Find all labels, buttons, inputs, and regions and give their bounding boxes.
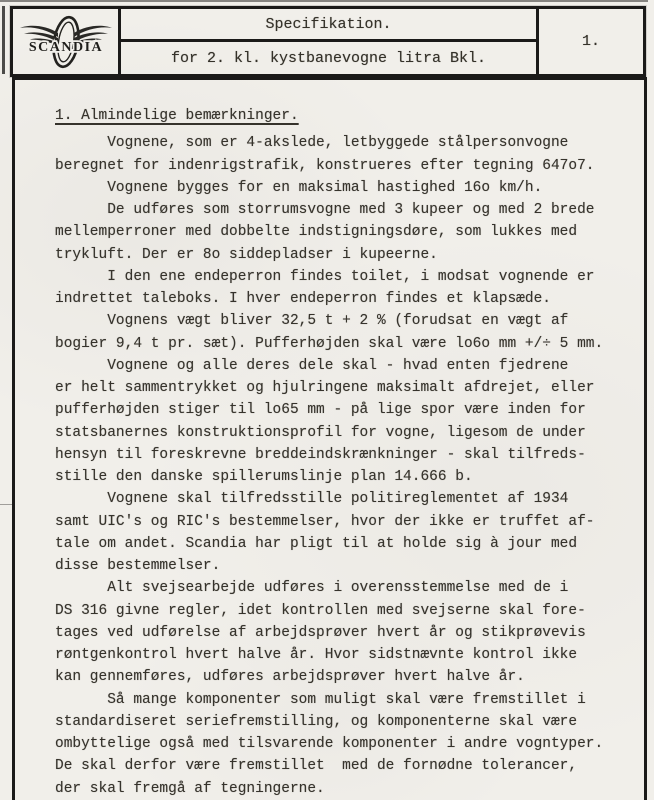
text-line: mellemperroner med dobbelte indstignings… <box>55 221 644 243</box>
spec-header-table: SCANDIA Specifikation. for 2. kl. kystba… <box>10 6 646 77</box>
text-line: Så mange komponenter som muligt skal vær… <box>55 689 644 711</box>
spec-title-row: Specifikation. <box>121 9 536 42</box>
scan-edge-artifact <box>2 6 5 74</box>
section-heading-line: 1. Almindelige bemærkninger. <box>55 105 644 127</box>
text-line: standardiseret seriefremstilling, og kom… <box>55 711 644 733</box>
text-line: Vognens vægt bliver 32,5 t + 2 % (foruds… <box>55 310 644 332</box>
text-line: DS 316 givne regler, idet kontrollen med… <box>55 600 644 622</box>
text-line: der skal fremgå af tegningerne. <box>55 778 644 800</box>
text-line: Vognene, som er 4-akslede, letbyggede st… <box>55 132 644 154</box>
text-line: tages ved udførelse af arbejdsprøver hve… <box>55 622 644 644</box>
text-line: statsbanernes konstruktionsprofil for vo… <box>55 422 644 444</box>
text-line: indrettet taleboks. I hver endeperron fi… <box>55 288 644 310</box>
text-line: bogier 9,4 t pr. sæt). Pufferhøjden skal… <box>55 333 644 355</box>
scandia-winged-wheel-icon: SCANDIA <box>16 11 116 73</box>
text-line: De udføres som storrumsvogne med 3 kupee… <box>55 199 644 221</box>
text-line: De skal derfor være fremstillet med de f… <box>55 755 644 777</box>
spec-subtitle-row: for 2. kl. kystbanevogne litra Bkl. <box>121 42 536 74</box>
scandia-logo-cell: SCANDIA <box>13 9 121 74</box>
text-line: Vognene bygges for en maksimal hastighed… <box>55 177 644 199</box>
text-line: I den ene endeperron findes toilet, i mo… <box>55 266 644 288</box>
text-line: beregnet for indenrigstrafik, konstruere… <box>55 155 644 177</box>
text-line: pufferhøjden stiger til lo65 mm - på lig… <box>55 399 644 421</box>
document-page: SCANDIA Specifikation. for 2. kl. kystba… <box>0 0 654 800</box>
document-text: 1. Almindelige bemærkninger. Vognene, so… <box>15 80 644 800</box>
text-line: Alt svejsearbejde udføres i overensstemm… <box>55 577 644 599</box>
page-number-cell: 1. <box>536 9 643 74</box>
page-number: 1. <box>582 33 600 50</box>
text-line: samt UIC's og RIC's bestemmelser, hvor d… <box>55 511 644 533</box>
text-line: røntgenkontrol hvert halve år. Hvor sids… <box>55 644 644 666</box>
text-line: disse bestemmelser. <box>55 555 644 577</box>
text-line: er helt sammentrykket og hjulringene mak… <box>55 377 644 399</box>
spec-title-cell: Specifikation. for 2. kl. kystbanevogne … <box>121 9 536 74</box>
spec-title: Specifikation. <box>265 16 391 33</box>
text-line: ombyttelige også med tilsvarende kompone… <box>55 733 644 755</box>
text-line: Vognene og alle deres dele skal - hvad e… <box>55 355 644 377</box>
spec-subtitle: for 2. kl. kystbanevogne litra Bkl. <box>171 50 486 67</box>
text-line: hensyn til foreskrevne breddeindskrænkni… <box>55 444 644 466</box>
scan-edge-artifact <box>0 0 648 2</box>
text-line: Vognene skal tilfredsstille politireglem… <box>55 488 644 510</box>
text-line: stille den danske spillerumslinje plan 1… <box>55 466 644 488</box>
document-body-frame: 1. Almindelige bemærkninger. Vognene, so… <box>12 77 647 800</box>
text-line: tale om andet. Scandia har pligt til at … <box>55 533 644 555</box>
scandia-logo-text: SCANDIA <box>28 40 102 55</box>
text-line: trykluft. Der er 8o siddepladser i kupee… <box>55 244 644 266</box>
text-line: kan gennemføres, udføres arbejdsprøver h… <box>55 666 644 688</box>
